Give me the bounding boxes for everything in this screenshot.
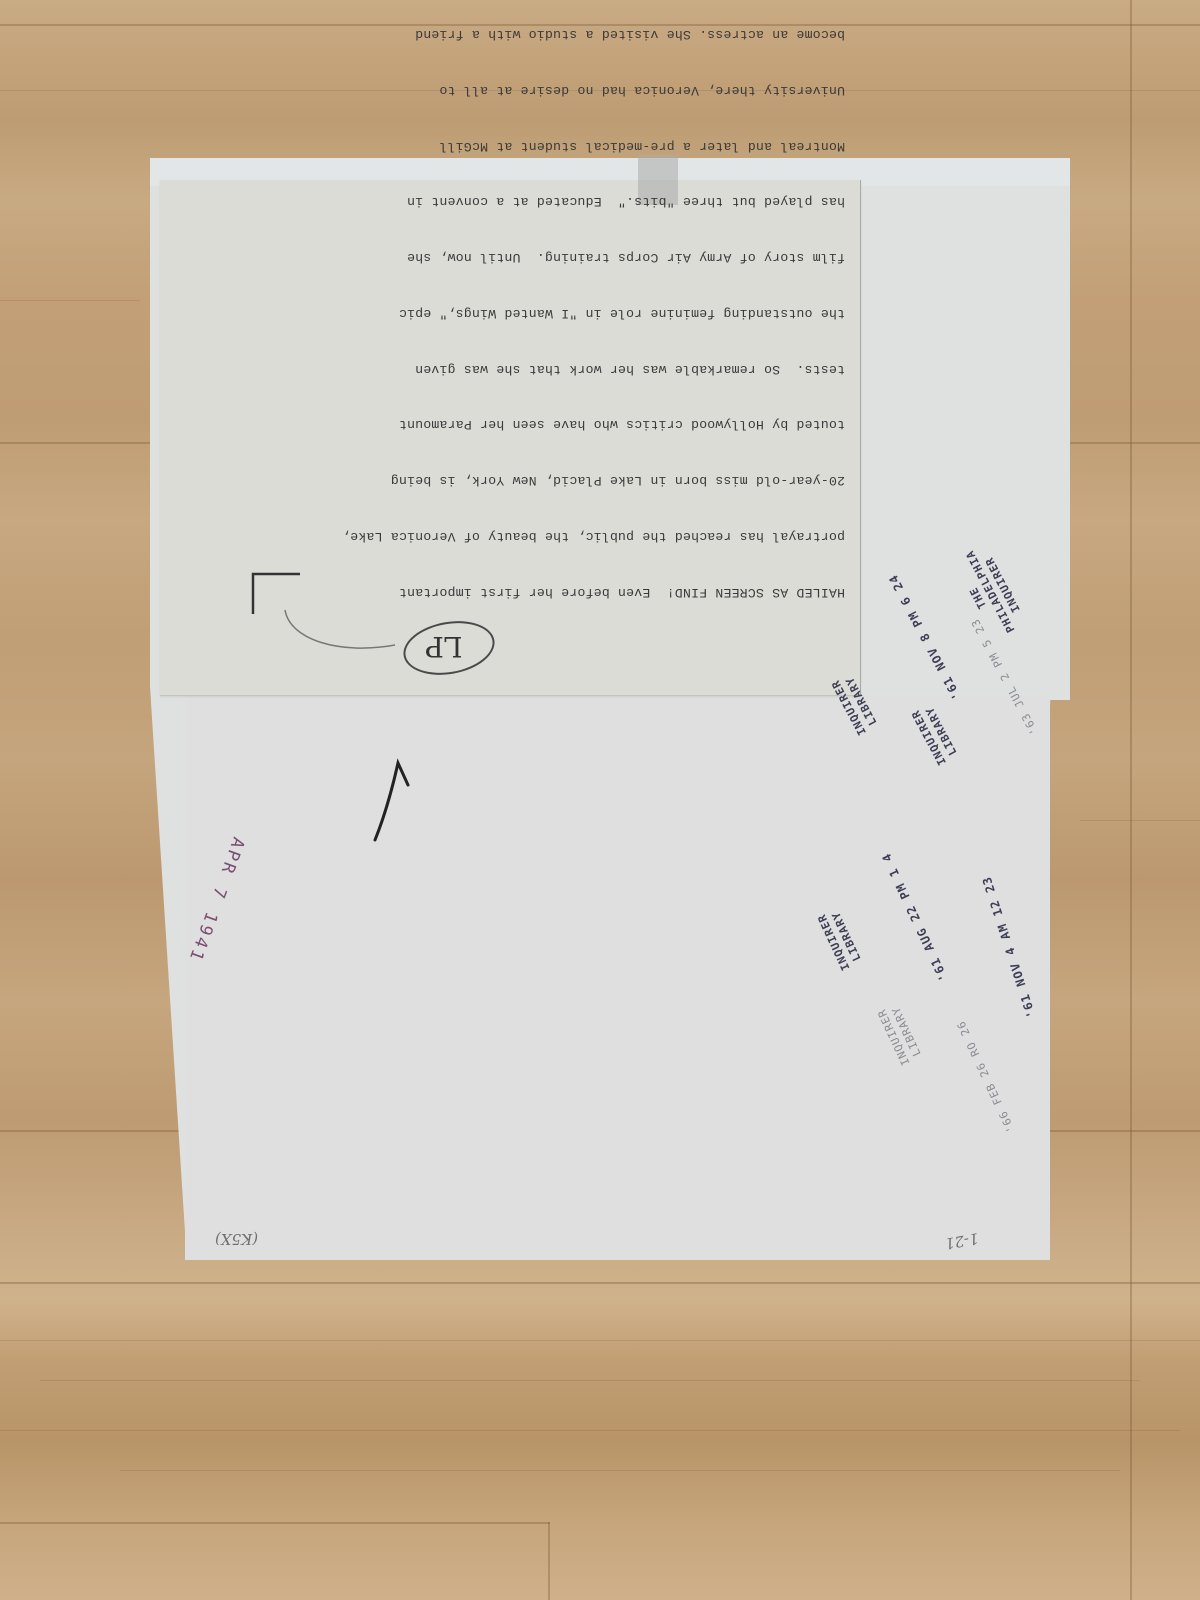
wood-grain xyxy=(0,1340,1200,1341)
initials-text: LP xyxy=(425,630,462,663)
wood-grain xyxy=(40,1380,1140,1381)
wood-plank-seam xyxy=(548,1522,550,1600)
wood-grain xyxy=(1080,820,1200,821)
wood-grain xyxy=(0,300,140,301)
pencil-swoosh-mark xyxy=(280,600,410,660)
clipping-line: 20-year-old miss born in Lake Placid, Ne… xyxy=(225,471,845,490)
clipping-line: HAILED AS SCREEN FIND! Even before her f… xyxy=(225,582,845,601)
wood-grain xyxy=(120,1470,1120,1471)
clipping-text: HAILED AS SCREEN FIND! Even before her f… xyxy=(225,0,845,638)
clipping-line: Montreal and later a pre-medical student… xyxy=(225,136,845,155)
clipping-line: film story of Army Air Corps training. U… xyxy=(225,248,845,267)
clipping-line: touted by Hollywood critics who have see… xyxy=(225,415,845,434)
wood-grain xyxy=(0,1430,1180,1431)
sheet-right-area xyxy=(860,180,1070,700)
clipping-line: the outstanding feminine role in "I Want… xyxy=(225,303,845,322)
clipping-line: tests. So remarkable was her work that s… xyxy=(225,359,845,378)
wood-plank-seam xyxy=(1130,0,1132,1600)
clipping-line: has played but three "bits." Educated at… xyxy=(225,192,845,211)
pencil-note-bottom-left: (K5X) xyxy=(215,1230,258,1248)
clipping-line: University there, Veronica had no desire… xyxy=(225,80,845,99)
clipping-line: become an actress. She visited a studio … xyxy=(225,24,845,43)
clipping-line: portrayal has reached the public, the be… xyxy=(225,526,845,545)
sheet-lower-area xyxy=(185,695,1050,1260)
wood-plank-seam xyxy=(0,1282,1200,1284)
checkmark-icon xyxy=(370,755,410,845)
wood-plank-seam xyxy=(0,1522,550,1524)
